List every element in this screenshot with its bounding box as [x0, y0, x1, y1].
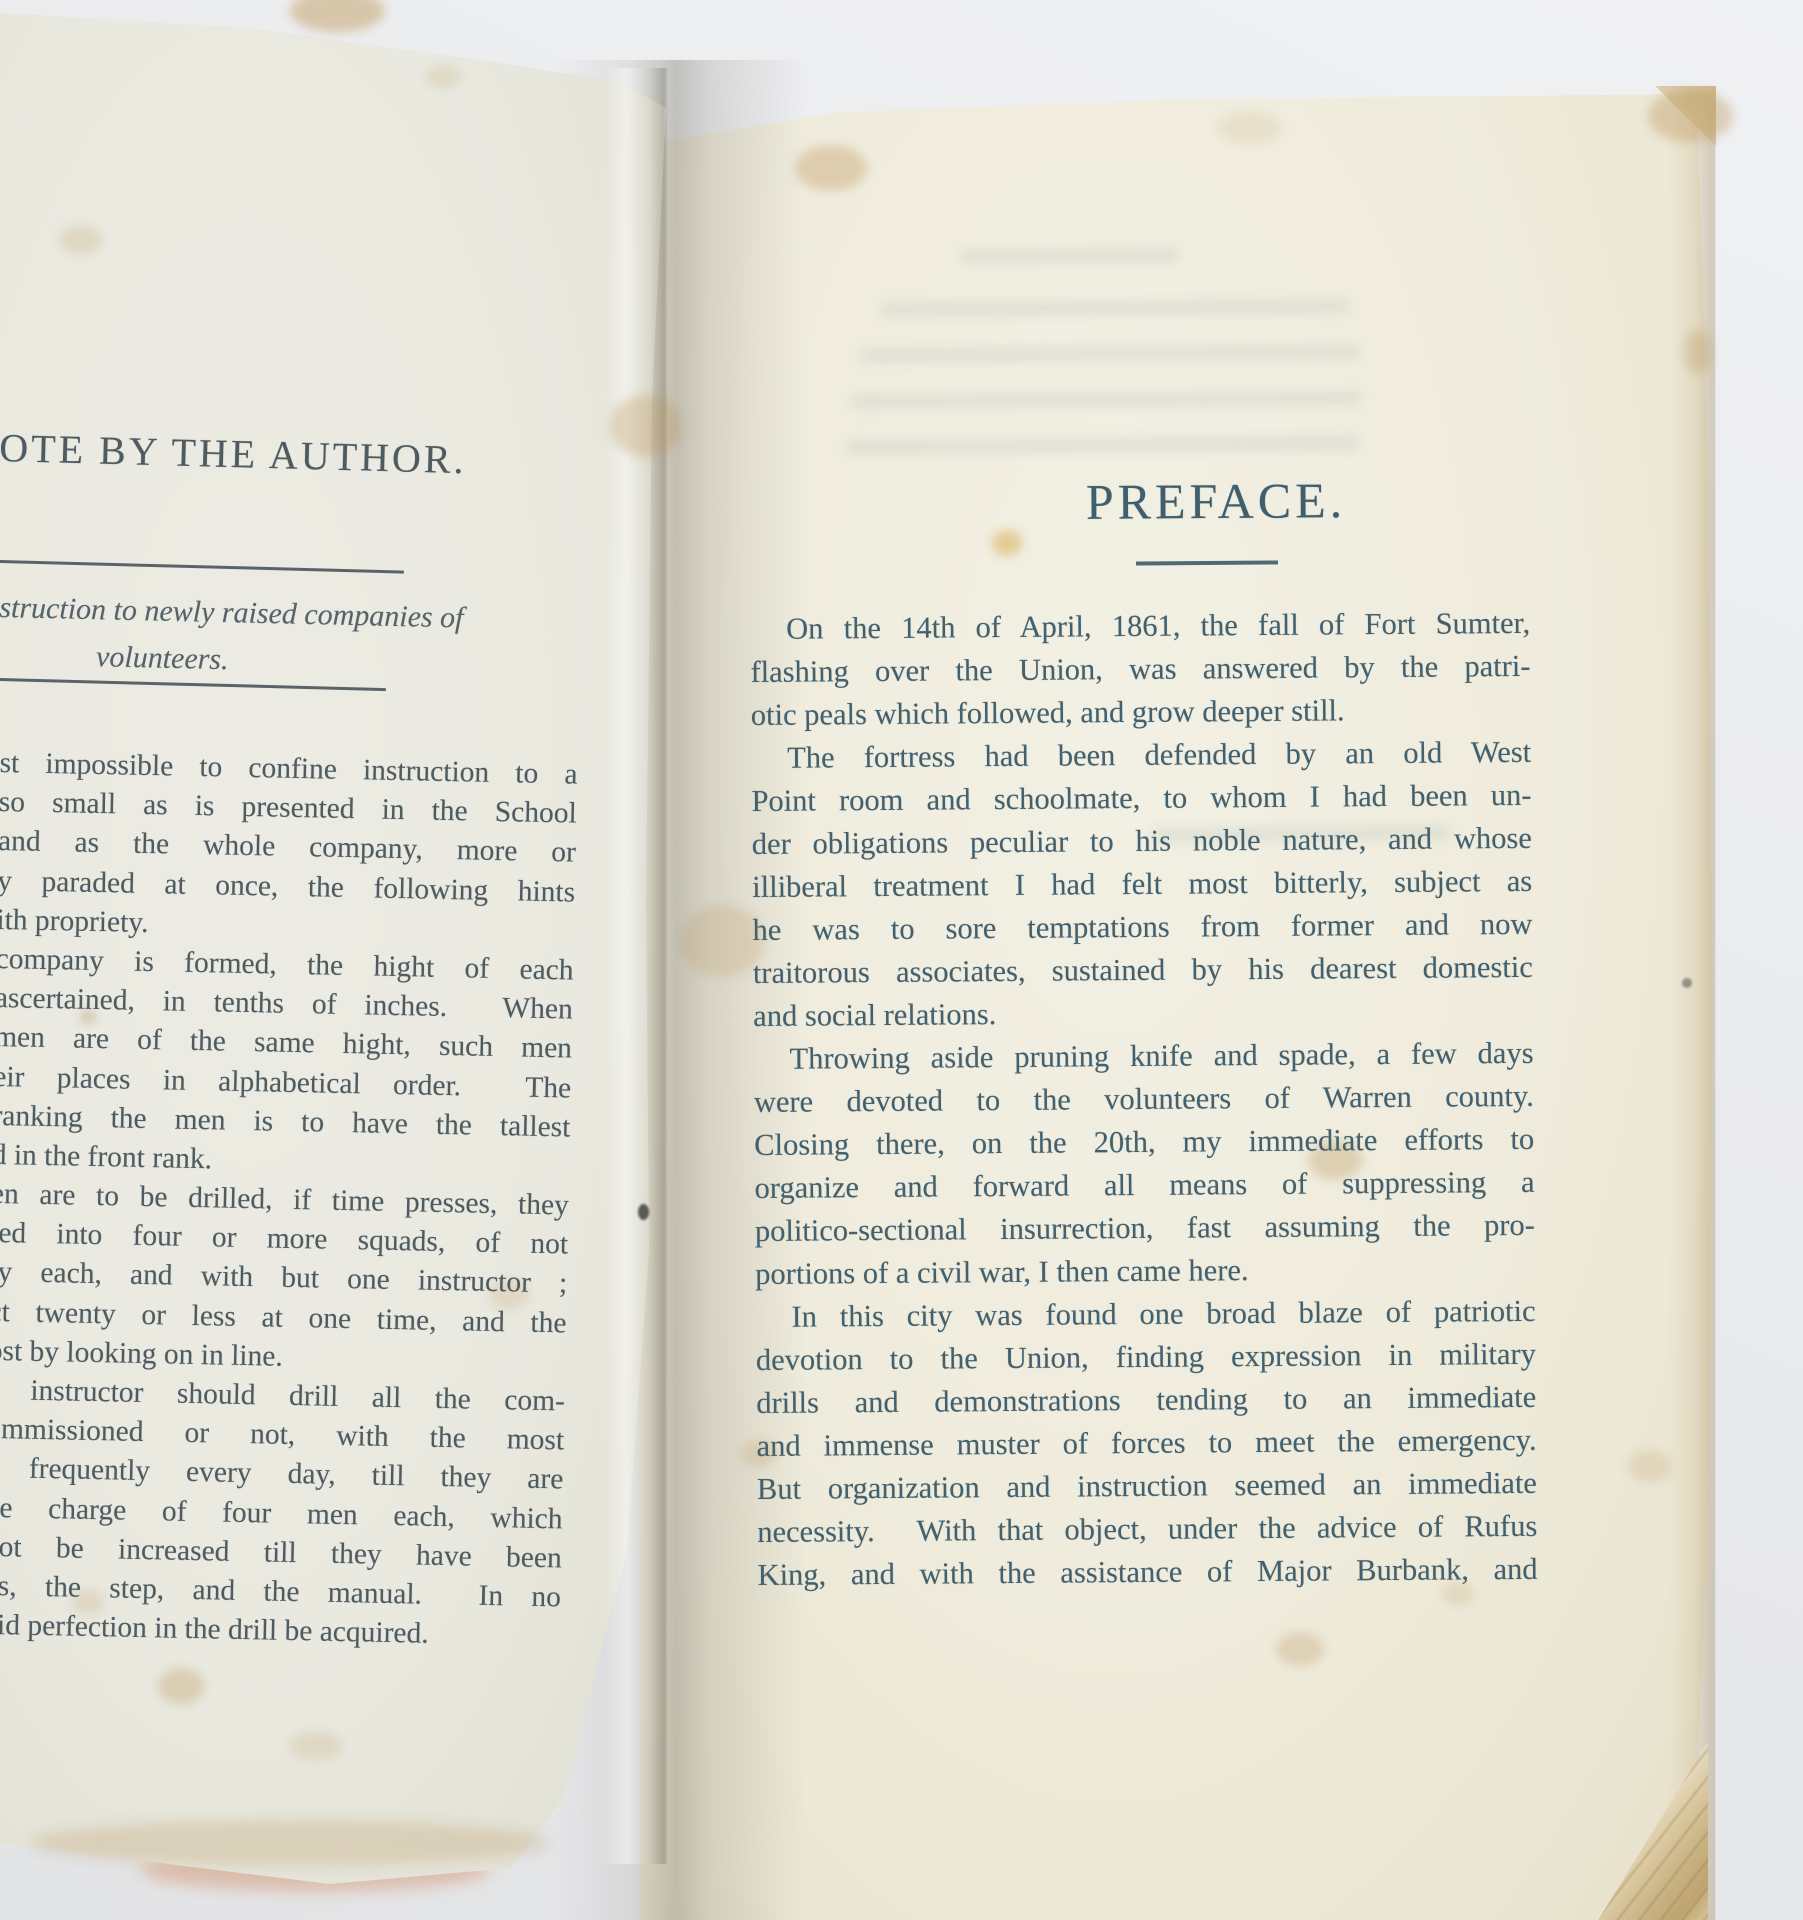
paragraph: company is formed, the hight of eachasce… [0, 940, 574, 1187]
paragraph: The fortress had been defended by an old… [751, 731, 1533, 1038]
text-line: On the 14th of April, 1861, the fall of … [750, 602, 1530, 651]
foxing-spot [425, 65, 461, 89]
foxing-spot [1218, 112, 1282, 144]
text-line: traitorous associates, sustained by his … [753, 946, 1533, 995]
text-line: Throwing aside pruning knife and spade, … [753, 1032, 1533, 1081]
page-curl-highlight [604, 68, 668, 1864]
author-note-body: st impossible to confine instruction to … [0, 744, 578, 1657]
foxing-spot [158, 1668, 204, 1704]
foxing-spot [992, 530, 1022, 556]
text-line: portions of a civil war, I then came her… [755, 1247, 1535, 1296]
paragraph: en are to be drilled, if time presses, t… [0, 1175, 569, 1382]
open-book-photograph: OTE BY THE AUTHOR. struction to newly ra… [0, 0, 1803, 1920]
paragraph: st impossible to confine instruction to … [0, 744, 578, 951]
preface-title: PREFACE. [1056, 471, 1376, 531]
text-line: politico-sectional insurrection, fast as… [755, 1204, 1535, 1253]
text-line: devotion to the Union, finding expressio… [756, 1333, 1536, 1382]
ink-dot [638, 1204, 649, 1220]
foxing-stain [30, 1820, 550, 1866]
show-through-ghost [960, 247, 1180, 265]
foxing-spot [1648, 90, 1733, 142]
author-note-subtitle: struction to newly raised companies of v… [0, 584, 578, 691]
text-line: organize and forward all means of suppre… [754, 1161, 1534, 1210]
text-line: and social relations. [753, 989, 1533, 1038]
text-line: necessity. With that object, under the a… [757, 1505, 1537, 1554]
dark-speck [1682, 978, 1692, 988]
text-line: Closing there, on the 20th, my immediate… [754, 1118, 1534, 1167]
foxing-spot [290, 1732, 342, 1760]
paragraph: In this city was found one broad blaze o… [755, 1290, 1537, 1597]
text-line: drills and demonstrations tending to an … [756, 1376, 1536, 1425]
text-line: der obligations peculiar to his noble na… [752, 817, 1532, 866]
paragraph: On the 14th of April, 1861, the fall of … [750, 602, 1531, 737]
foxing-spot [1628, 1450, 1672, 1482]
text-line: and immense muster of forces to meet the… [756, 1419, 1536, 1468]
text-line: were devoted to the volunteers of Warren… [754, 1075, 1534, 1124]
foxing-spot [290, 0, 385, 32]
foxing-spot [1276, 1632, 1324, 1666]
text-line: In this city was found one broad blaze o… [755, 1290, 1535, 1339]
foxing-spot [795, 145, 867, 191]
text-line: flashing over the Union, was answered by… [750, 645, 1530, 694]
text-line: he was to sore temptations from former a… [752, 903, 1532, 952]
text-line: But organization and instruction seemed … [757, 1462, 1537, 1511]
text-line: Point room and schoolmate, to whom I had… [751, 774, 1531, 823]
paragraph: Throwing aside pruning knife and spade, … [753, 1032, 1535, 1296]
paragraph: r instructor should drill all the com-om… [0, 1371, 565, 1657]
text-line: King, and with the assistance of Major B… [757, 1548, 1537, 1597]
foxing-spot [60, 225, 102, 255]
text-line: otic peals which followed, and grow deep… [751, 688, 1531, 737]
text-line: The fortress had been defended by an old… [751, 731, 1531, 780]
preface-body: On the 14th of April, 1861, the fall of … [750, 602, 1538, 1597]
foxing-spot [1684, 330, 1712, 374]
foxing-spot [610, 395, 682, 457]
text-line: illiberal treatment I had felt most bitt… [752, 860, 1532, 909]
